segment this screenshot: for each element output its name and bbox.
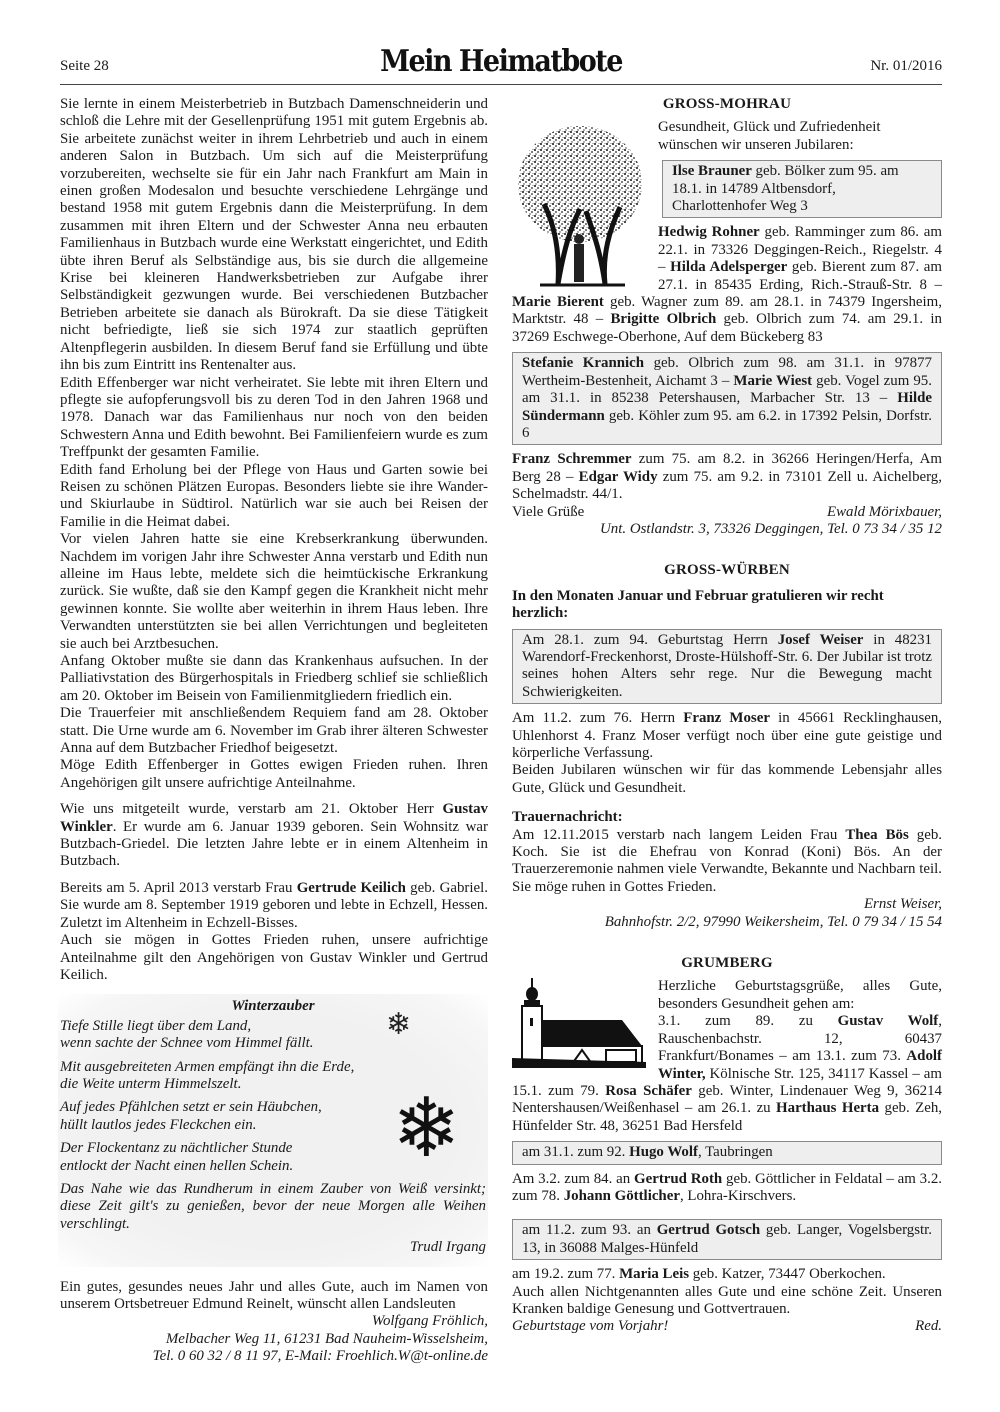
section-title-gross-mohrau: GROSS-MOHRAU xyxy=(512,96,942,113)
signature-name: Ewald Mörixbauer, xyxy=(827,504,942,521)
signature-contact: Tel. 0 60 32 / 8 11 97, E-Mail: Froehlic… xyxy=(60,1348,488,1365)
obituary-paragraph: Sie lernte in einem Meisterbetrieb in Bu… xyxy=(60,96,488,375)
moser-notice: Am 11.2. zum 76. Herrn Franz Moser in 45… xyxy=(512,710,942,762)
signature-address: Bahnhofstr. 2/2, 97990 Weikersheim, Tel.… xyxy=(512,914,942,931)
highlight-box: am 11.2. zum 93. an Gertrud Gotsch geb. … xyxy=(512,1219,942,1260)
obituary-paragraph: Möge Edith Effenberger in Gottes ewigen … xyxy=(60,757,488,792)
obituary-paragraph: Vor vielen Jahren hatte sie eine Krebser… xyxy=(60,531,488,653)
signature-name: Wolfgang Fröhlich, xyxy=(60,1313,488,1330)
note: Geburtstage vom Vorjahr! xyxy=(512,1318,668,1335)
keilich-notice: Bereits am 5. April 2013 verstarb Frau G… xyxy=(60,880,488,932)
keilich-closing: Auch sie mögen in Gottes Frieden ruhen, … xyxy=(60,932,488,984)
snowflake-large-icon: ❄ xyxy=(392,1088,461,1170)
left-column: Sie lernte in einem Meisterbetrieb in Bu… xyxy=(60,96,488,1366)
signature-name: Red. xyxy=(915,1318,942,1335)
poem-title: Winterzauber xyxy=(60,998,486,1015)
signature-row: Viele Grüße Ewald Mörixbauer, xyxy=(512,504,942,521)
right-column: GROSS-MOHRAU Gesundheit, Glück und Zufri… xyxy=(512,96,942,1336)
closing-text: Auch allen Nichtgenannten alles Gute und… xyxy=(512,1284,942,1319)
signature-address: Melbacher Weg 11, 61231 Bad Nauheim-Wiss… xyxy=(60,1331,488,1348)
publication-logo: Mein Heimatbote xyxy=(60,44,942,78)
obituary-paragraph: Die Trauerfeier mit anschließendem Requi… xyxy=(60,705,488,757)
mourning-title: Trauernachricht: xyxy=(512,809,942,826)
greeting: Viele Grüße xyxy=(512,504,584,521)
person-name: Ilse Brauner xyxy=(672,163,752,179)
highlight-box: am 31.1. zum 92. Hugo Wolf, Taubringen xyxy=(512,1141,942,1164)
leis-notice: am 19.2. zum 77. Maria Leis geb. Katzer,… xyxy=(512,1266,942,1283)
obituary-paragraph: Edith Effenberger war nicht verheiratet.… xyxy=(60,375,488,462)
poem-stanza: Tiefe Stille liegt über dem Land,wenn sa… xyxy=(60,1018,486,1053)
new-year-greeting: Ein gutes, gesundes neues Jahr und alles… xyxy=(60,1279,488,1314)
section-title-gross-wuerben: GROSS-WÜRBEN xyxy=(512,562,942,579)
poem-author: Trudl Irgang xyxy=(60,1239,486,1256)
section-title-grumberg: GRUMBERG xyxy=(512,955,942,972)
church-illustration-icon xyxy=(510,978,648,1070)
issue-number: Nr. 01/2016 xyxy=(870,58,942,75)
winkler-notice: Wie uns mitgeteilt wurde, verstarb am 21… xyxy=(60,801,488,871)
highlight-box: Ilse Brauner geb. Bölker zum 95. am 18.1… xyxy=(662,160,942,218)
poem-stanza: Das Nahe wie das Rundherum in einem Zaub… xyxy=(60,1181,486,1233)
signature-name: Ernst Weiser, xyxy=(512,896,942,913)
highlight-box: Stefanie Krannich geb. Olbrich zum 98. a… xyxy=(512,352,942,445)
section-subtitle: In den Monaten Januar und Februar gratul… xyxy=(512,588,942,623)
person-name: Gertrude Keilich xyxy=(297,880,406,896)
obituary-paragraph: Edith fand Erholung bei der Pflege von H… xyxy=(60,462,488,532)
poem-box: Winterzauber ❄ ❄ Tiefe Stille liegt über… xyxy=(58,994,488,1266)
signature-address: Unt. Ostlandstr. 3, 73326 Deggingen, Tel… xyxy=(512,521,942,538)
wish-text: Beiden Jubilaren wünschen wir für das ko… xyxy=(512,762,942,797)
mourning-notice: Am 12.11.2015 verstarb nach langem Leide… xyxy=(512,827,942,897)
highlight-box: Am 28.1. zum 94. Geburtstag Herrn Josef … xyxy=(512,629,942,705)
tree-illustration-icon xyxy=(510,119,650,289)
page-header: Seite 28 Mein Heimatbote Nr. 01/2016 xyxy=(60,48,942,85)
roth-notice: Am 3.2. zum 84. an Gertrud Roth geb. Göt… xyxy=(512,1171,942,1206)
signature-row: Geburtstage vom Vorjahr! Red. xyxy=(512,1318,942,1335)
birthday-list: Franz Schremmer zum 75. am 8.2. in 36266… xyxy=(512,451,942,503)
snowflake-small-icon: ❄ xyxy=(386,1016,411,1033)
obituary-paragraph: Anfang Oktober mußte sie dann das Kranke… xyxy=(60,653,488,705)
